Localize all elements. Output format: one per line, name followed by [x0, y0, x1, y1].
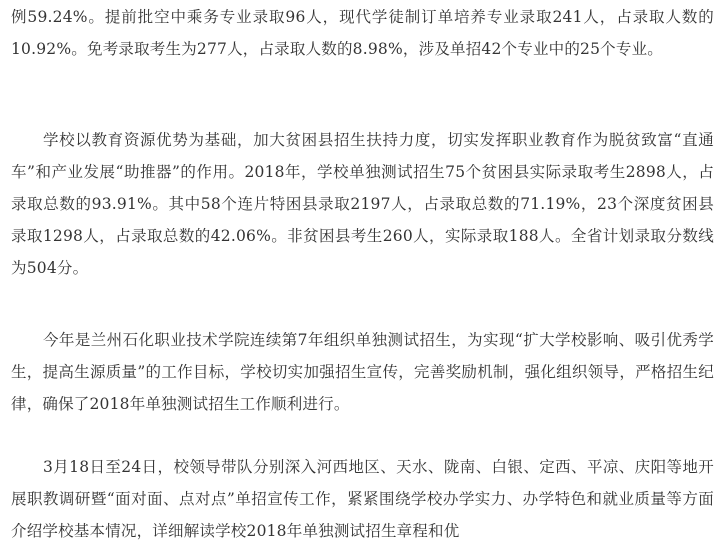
paragraph-promotion-tour: 3月18日至24日，校领导带队分别深入河西地区、天水、陇南、白银、定西、平凉、庆… [11, 451, 714, 547]
paragraph-poverty-county-admission: 学校以教育资源优势为基础，加大贫困县招生扶持力度，切实发挥职业教育作为脱贫致富“… [11, 124, 714, 284]
article-body: 例59.24%。提前批空中乘务专业录取96人，现代学徒制订单培养专业录取241人… [0, 0, 722, 557]
paragraph-admission-stats: 例59.24%。提前批空中乘务专业录取96人，现代学徒制订单培养专业录取241人… [11, 1, 714, 65]
paragraph-recruitment-goals: 今年是兰州石化职业技术学院连续第7年组织单独测试招生，为实现“扩大学校影响、吸引… [11, 324, 714, 420]
